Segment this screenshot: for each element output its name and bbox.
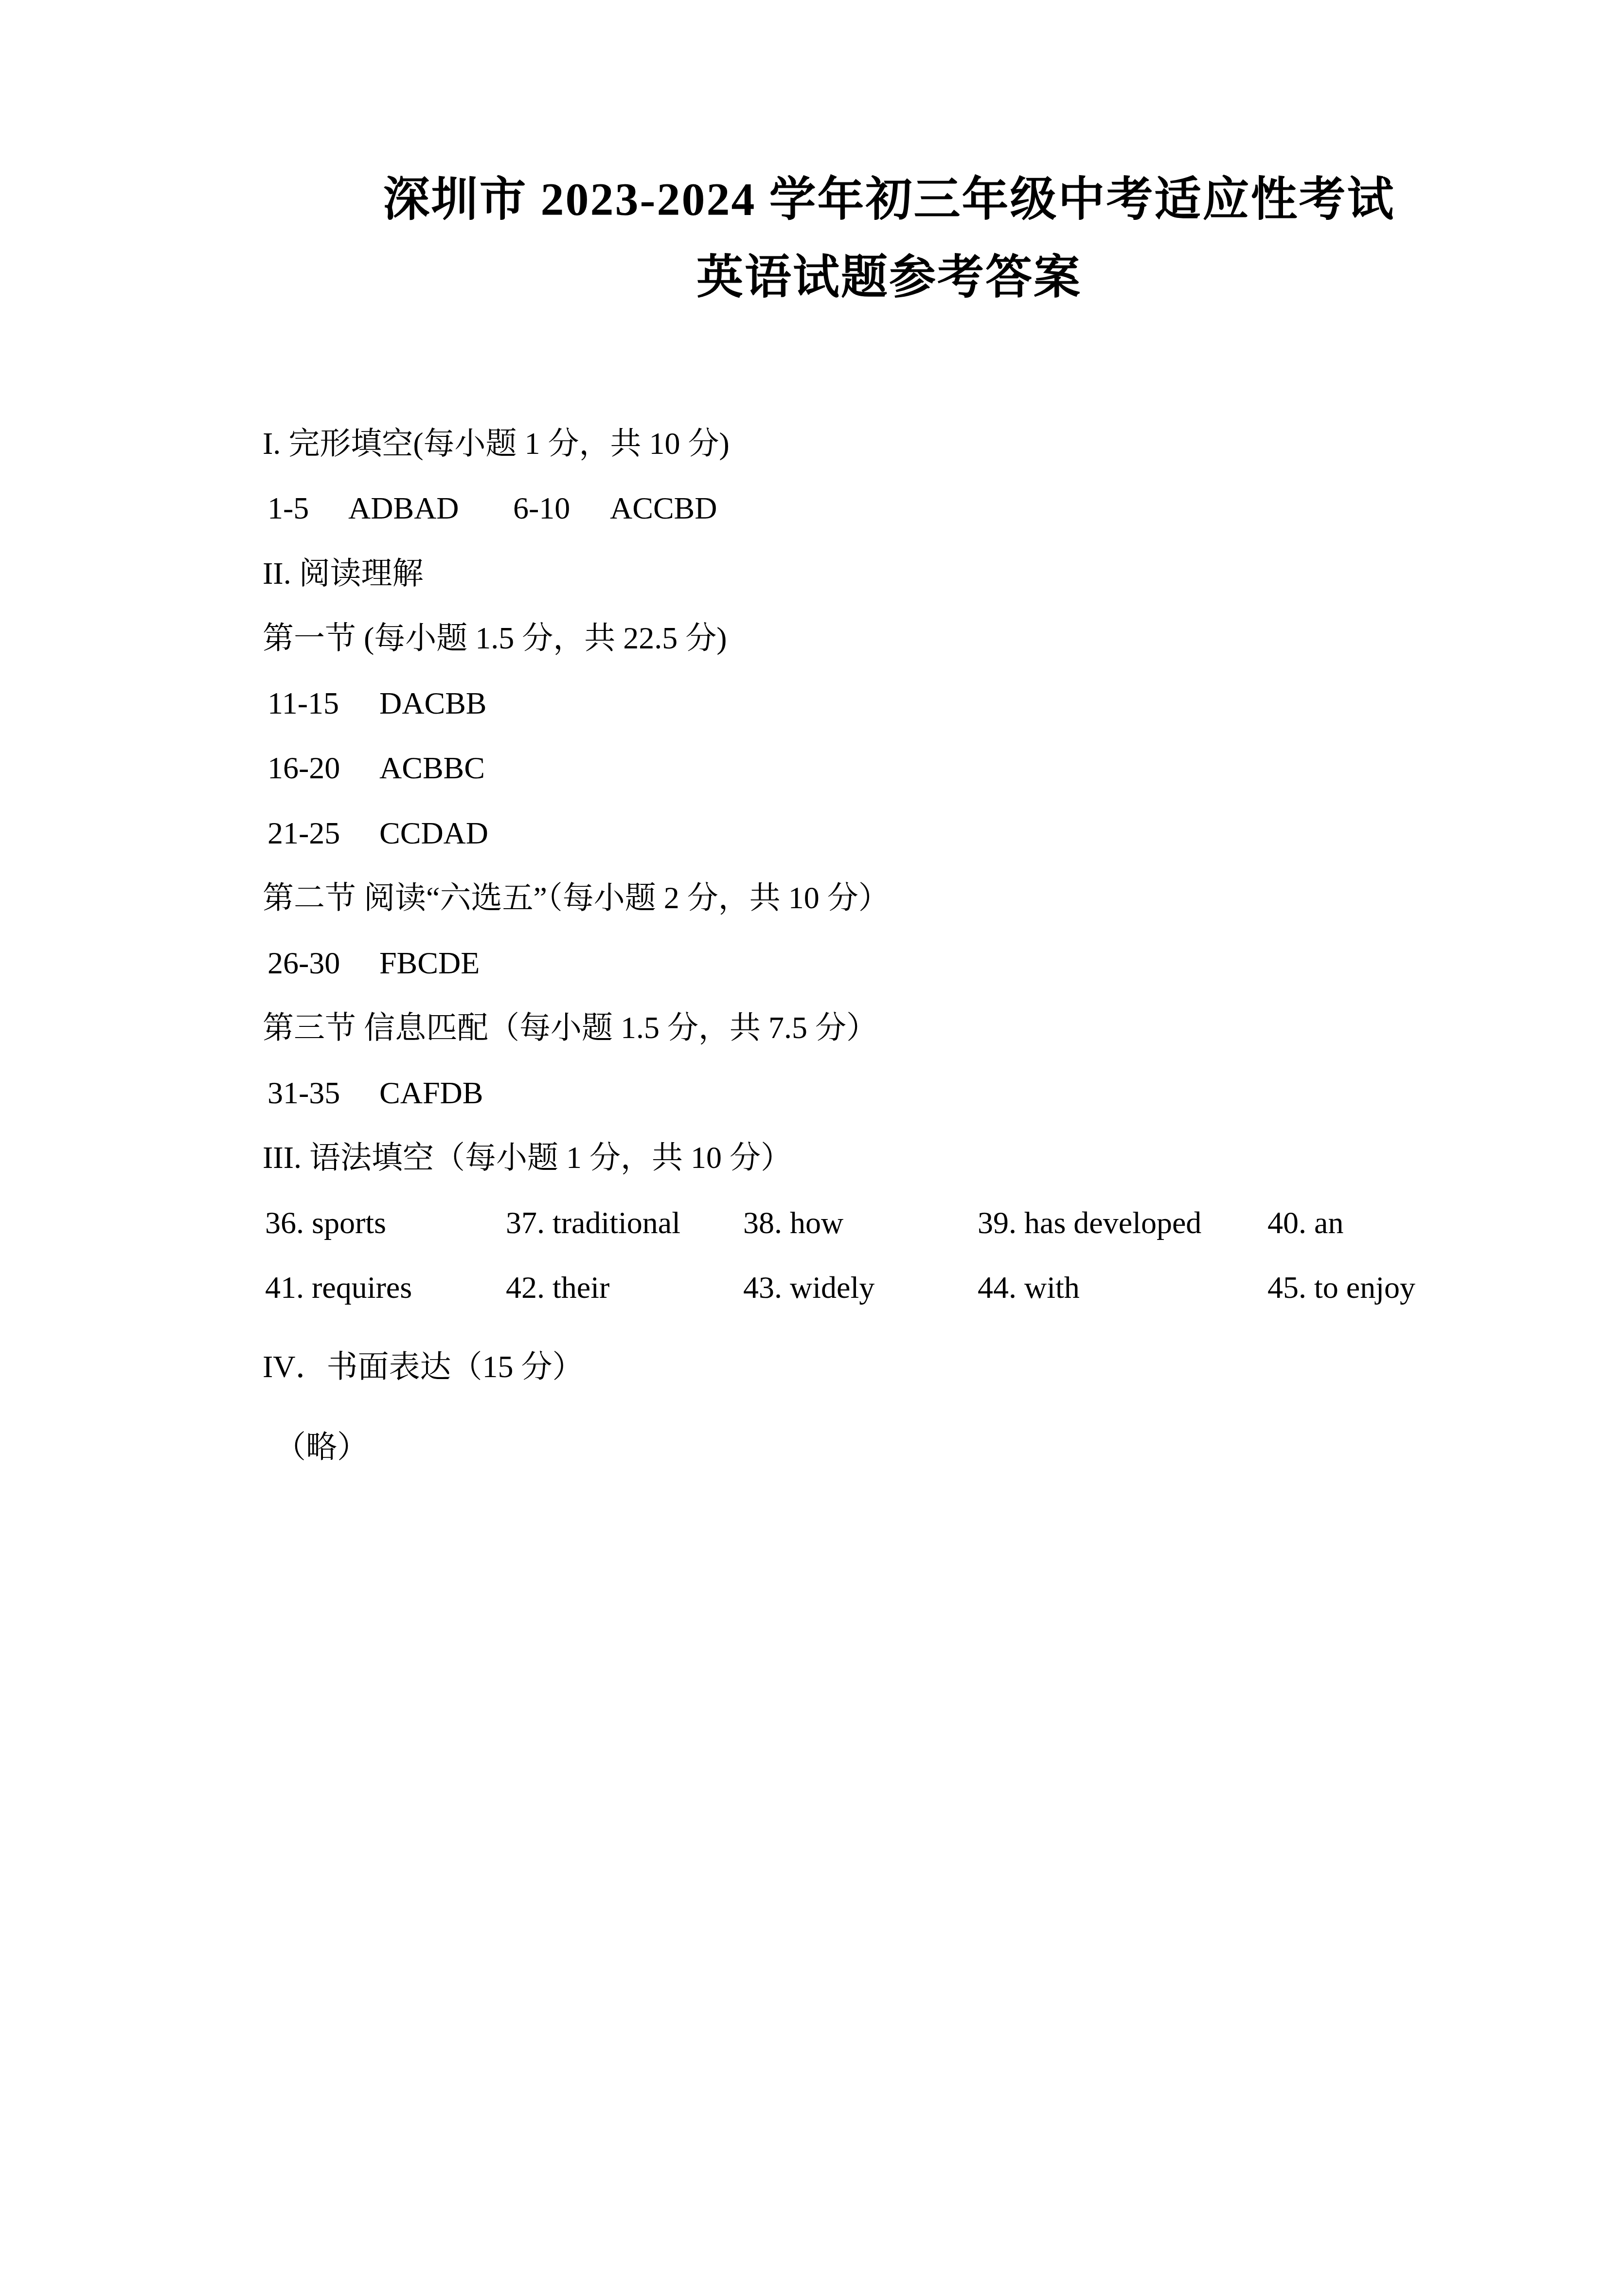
grammar-answer: 43. widely bbox=[743, 1268, 874, 1307]
grammar-answer: 36. sports bbox=[265, 1203, 386, 1242]
writing-omitted-note: （略） bbox=[275, 1428, 1564, 1467]
reading-part3-answers-row: 31-35 CAFDB bbox=[263, 1074, 1552, 1112]
answer-range: 11-15 bbox=[268, 684, 339, 723]
grammar-answer: 40. an bbox=[1267, 1203, 1343, 1242]
answer-letters: ADBAD bbox=[348, 489, 459, 528]
exam-title-line1: 深圳市 2023-2024 学年初三年级中考适应性考试 bbox=[263, 170, 1516, 229]
answer-range: 6-10 bbox=[513, 489, 570, 528]
answer-range: 16-20 bbox=[268, 749, 340, 788]
reading-part3-heading: 第三节 信息匹配（每小题 1.5 分，共 7.5 分） bbox=[263, 1008, 1552, 1047]
answer-letters: ACBBC bbox=[379, 749, 485, 788]
answer-letters: ACCBD bbox=[610, 489, 717, 528]
cloze-section-heading: I. 完形填空(每小题 1 分，共 10 分) bbox=[263, 424, 1552, 463]
grammar-answer: 37. traditional bbox=[506, 1203, 680, 1242]
grammar-answer: 38. how bbox=[743, 1203, 843, 1242]
answer-letters: FBCDE bbox=[379, 944, 480, 983]
grammar-answer: 45. to enjoy bbox=[1267, 1268, 1415, 1307]
grammar-answer: 44. with bbox=[978, 1268, 1080, 1307]
reading-part1-heading: 第一节 (每小题 1.5 分，共 22.5 分) bbox=[263, 619, 1552, 658]
reading-part1-answers-row: 16-20 ACBBC bbox=[263, 749, 1552, 788]
document-page: 深圳市 2023-2024 学年初三年级中考适应性考试 英语试题参考答案 I. … bbox=[0, 0, 1623, 2296]
grammar-answer: 41. requires bbox=[265, 1268, 412, 1307]
answer-range: 31-35 bbox=[268, 1074, 340, 1112]
answer-letters: CCDAD bbox=[379, 814, 488, 853]
answer-letters: DACBB bbox=[379, 684, 487, 723]
writing-section-heading: IV．书面表达（15 分） bbox=[263, 1347, 1552, 1386]
grammar-answers-row-1: 36. sports 37. traditional 38. how 39. h… bbox=[263, 1203, 1552, 1242]
answer-range: 26-30 bbox=[268, 944, 340, 983]
reading-part2-answers-row: 26-30 FBCDE bbox=[263, 944, 1552, 983]
grammar-section-heading: III. 语法填空（每小题 1 分，共 10 分） bbox=[263, 1138, 1552, 1177]
answer-letters: CAFDB bbox=[379, 1074, 483, 1112]
cloze-answers-row: 1-5 ADBAD 6-10 ACCBD bbox=[263, 489, 1552, 528]
grammar-answer: 42. their bbox=[506, 1268, 609, 1307]
exam-title-line2: 英语试题参考答案 bbox=[263, 248, 1516, 306]
answer-range: 1-5 bbox=[268, 489, 309, 528]
grammar-answer: 39. has developed bbox=[978, 1203, 1201, 1242]
reading-part1-answers-row: 11-15 DACBB bbox=[263, 684, 1552, 723]
reading-section-heading: II. 阅读理解 bbox=[263, 554, 1552, 593]
answer-range: 21-25 bbox=[268, 814, 340, 853]
reading-part1-answers-row: 21-25 CCDAD bbox=[263, 814, 1552, 853]
reading-part2-heading: 第二节 阅读“六选五”（每小题 2 分，共 10 分） bbox=[263, 879, 1552, 917]
grammar-answers-row-2: 41. requires 42. their 43. widely 44. wi… bbox=[263, 1268, 1552, 1307]
